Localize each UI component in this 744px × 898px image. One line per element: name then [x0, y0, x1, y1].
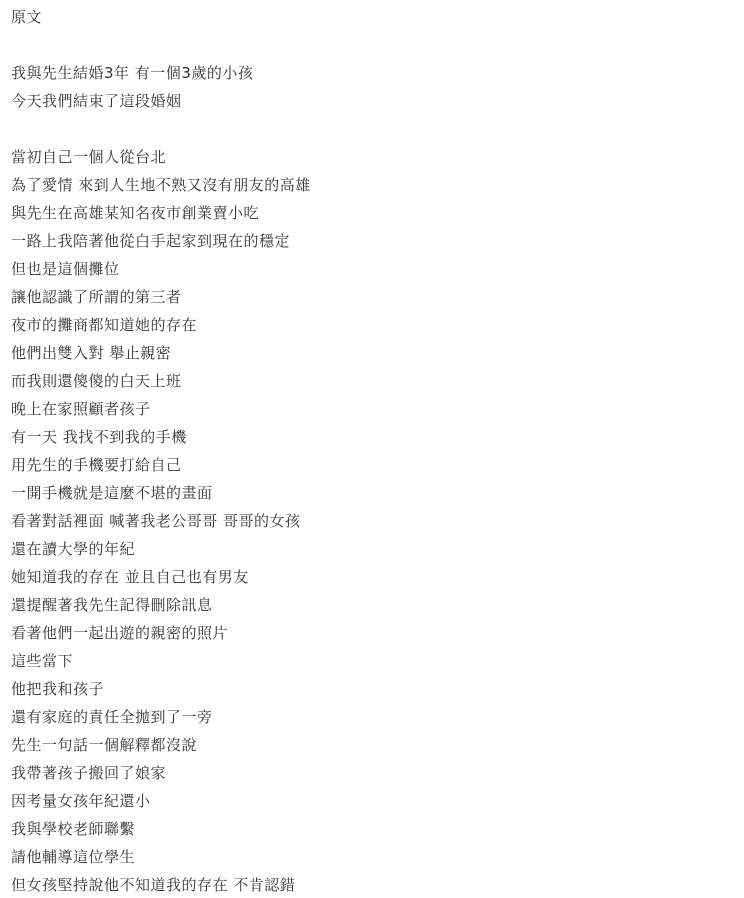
text-line: 我與學校老師聯繫 [11, 815, 744, 843]
text-line: 他們出雙入對 舉止親密 [11, 339, 744, 367]
text-line: 但女孩堅持說他不知道我的存在 不肯認錯 [11, 871, 744, 898]
paragraph-1: 我與先生結婚3年 有一個3歲的小孩 今天我們結束了這段婚姻 [11, 59, 744, 115]
text-line: 還有家庭的責任全拋到了一旁 [11, 703, 744, 731]
text-line: 讓他認識了所謂的第三者 [11, 283, 744, 311]
blank-line [11, 31, 744, 59]
text-line: 我與先生結婚3年 有一個3歲的小孩 [11, 59, 744, 87]
text-line: 還在讀大學的年紀 [11, 535, 744, 563]
text-line: 與先生在高雄某知名夜市創業賣小吃 [11, 199, 744, 227]
text-line: 但也是這個攤位 [11, 255, 744, 283]
paragraph-2: 當初自己一個人從台北 為了愛情 來到人生地不熟又沒有朋友的高雄 與先生在高雄某知… [11, 143, 744, 898]
text-line: 晚上在家照顧者孩子 [11, 395, 744, 423]
text-line: 看著他們一起出遊的親密的照片 [11, 619, 744, 647]
text-line: 因考量女孩年紀還小 [11, 787, 744, 815]
text-line: 先生一句話一個解釋都沒說 [11, 731, 744, 759]
text-line: 這些當下 [11, 647, 744, 675]
text-line: 他把我和孩子 [11, 675, 744, 703]
text-line: 一路上我陪著他從白手起家到現在的穩定 [11, 227, 744, 255]
text-line: 今天我們結束了這段婚姻 [11, 87, 744, 115]
text-line: 我帶著孩子搬回了娘家 [11, 759, 744, 787]
text-line: 夜市的攤商都知道她的存在 [11, 311, 744, 339]
blank-line [11, 115, 744, 143]
text-line: 一開手機就是這麼不堪的畫面 [11, 479, 744, 507]
text-line: 當初自己一個人從台北 [11, 143, 744, 171]
text-line: 為了愛情 來到人生地不熟又沒有朋友的高雄 [11, 171, 744, 199]
text-line: 還提醒著我先生記得刪除訊息 [11, 591, 744, 619]
article-body: 原文 我與先生結婚3年 有一個3歲的小孩 今天我們結束了這段婚姻 當初自己一個人… [0, 0, 744, 898]
text-line: 而我則還傻傻的白天上班 [11, 367, 744, 395]
text-line: 請他輔導這位學生 [11, 843, 744, 871]
article-heading: 原文 [11, 3, 744, 31]
text-line: 用先生的手機要打給自己 [11, 451, 744, 479]
text-line: 有一天 我找不到我的手機 [11, 423, 744, 451]
text-line: 她知道我的存在 並且自己也有男友 [11, 563, 744, 591]
text-line: 看著對話裡面 喊著我老公哥哥 哥哥的女孩 [11, 507, 744, 535]
